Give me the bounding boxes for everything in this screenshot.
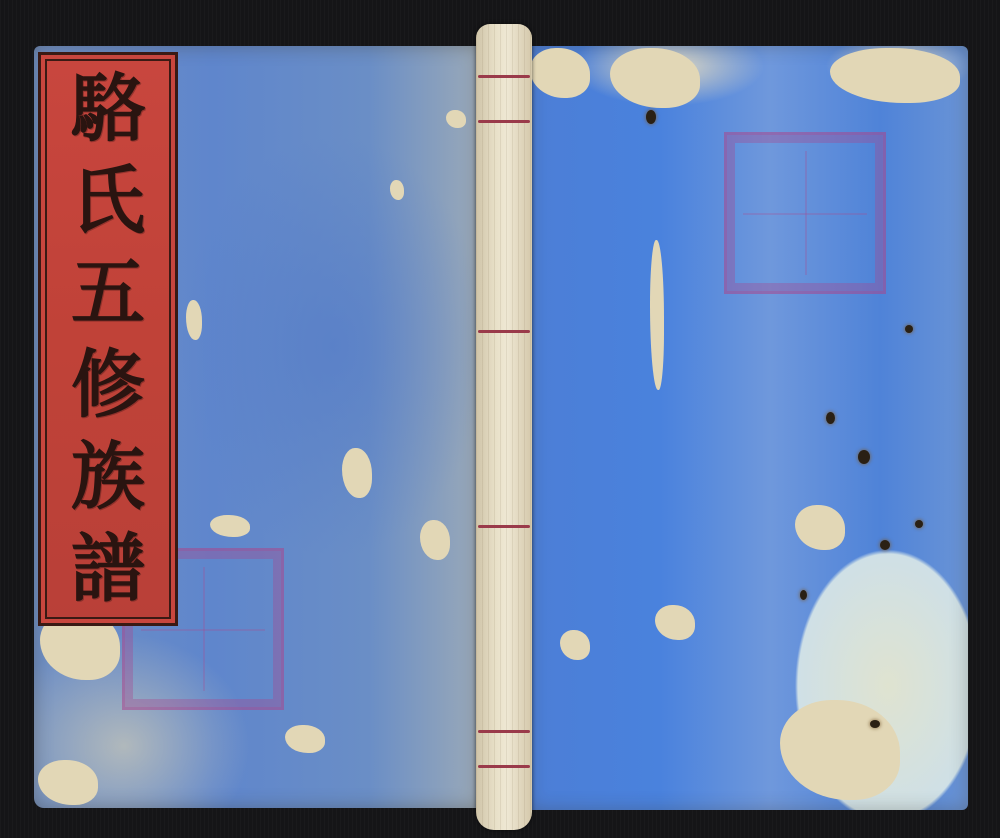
title-char: 族 xyxy=(71,440,145,514)
paper-wear xyxy=(186,300,202,340)
title-slip: 駱 氏 五 修 族 譜 xyxy=(38,52,178,626)
red-seal-stamp xyxy=(724,132,886,294)
book-spine xyxy=(476,24,532,830)
binding-thread xyxy=(478,75,530,78)
title-char: 譜 xyxy=(71,532,145,606)
binding-thread xyxy=(478,765,530,768)
binding-thread xyxy=(478,730,530,733)
binding-thread xyxy=(478,120,530,123)
worm-hole xyxy=(880,540,890,550)
worm-hole xyxy=(646,110,656,124)
title-char: 修 xyxy=(71,348,145,422)
worm-hole xyxy=(858,450,870,464)
title-char: 氏 xyxy=(71,164,145,238)
worm-hole xyxy=(826,412,835,424)
paper-wear xyxy=(650,240,664,390)
title-char: 五 xyxy=(71,256,145,330)
paper-wear xyxy=(446,110,466,128)
worm-hole xyxy=(905,325,913,333)
worm-hole xyxy=(915,520,923,528)
binding-thread xyxy=(478,330,530,333)
worm-hole xyxy=(800,590,807,600)
worm-hole xyxy=(870,720,880,728)
paper-wear xyxy=(390,180,404,200)
title-char: 駱 xyxy=(71,72,145,146)
binding-thread xyxy=(478,525,530,528)
